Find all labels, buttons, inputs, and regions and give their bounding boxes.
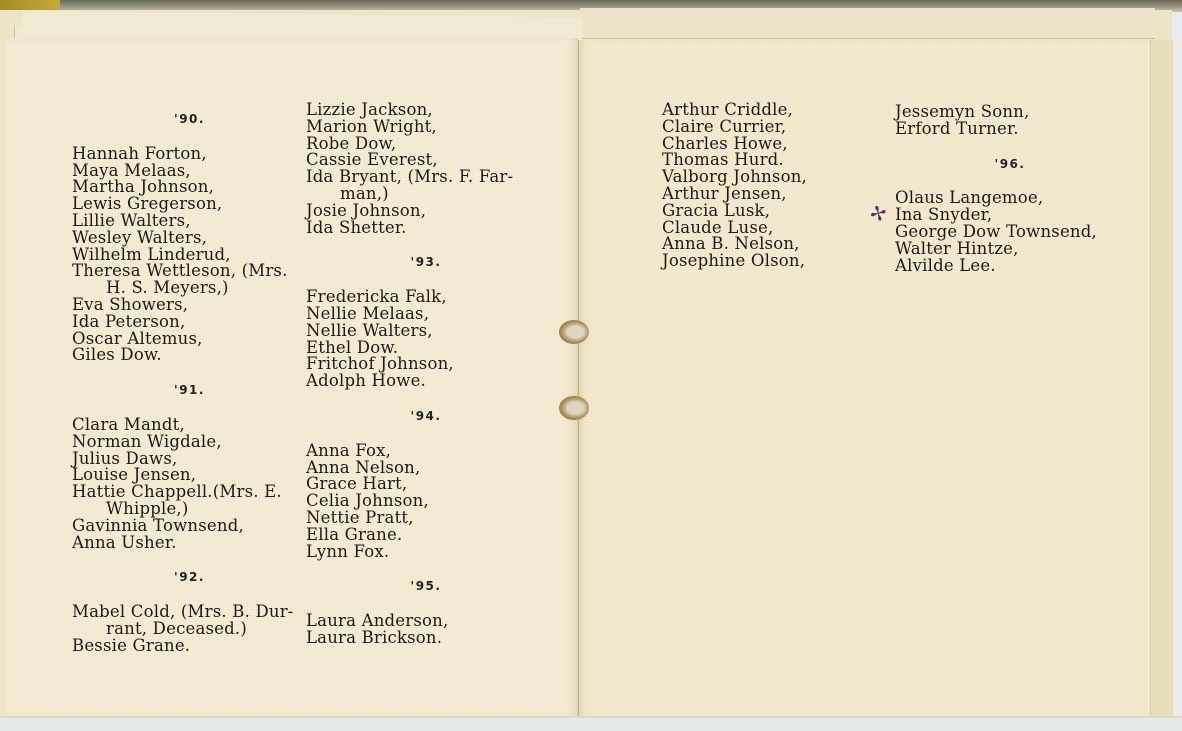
roster-name: Lynn Fox. [306, 544, 546, 561]
roster-name: Adolph Howe. [306, 373, 546, 390]
roster-name: Alvilde Lee. [895, 258, 1125, 275]
left-page-column-2: Lizzie Jackson,Marion Wright,Robe Dow,Ca… [306, 102, 546, 647]
class-year-heading: '94. [306, 408, 546, 425]
section-gap [72, 364, 307, 382]
class-year-heading: '91. [72, 382, 307, 399]
right-page-column-2: Jessemyn Sonn,Erford Turner.'96.Olaus La… [895, 104, 1125, 274]
roster-name: Theresa Wettleson, (Mrs.H. S. Meyers,) [72, 263, 307, 297]
class-year-heading: '92. [72, 569, 307, 586]
section-gap [72, 551, 307, 569]
roster-name-line: Ida Bryant, (Mrs. F. Far- [306, 167, 513, 186]
roster-name: Ida Shetter. [306, 220, 546, 237]
right-page-column-1: Arthur Criddle,Claire Currier,Charles Ho… [662, 102, 882, 270]
class-year-heading: '96. [895, 156, 1125, 173]
roster-name: Bessie Grane. [72, 638, 307, 655]
scanned-booklet: '90.Hannah Forton,Maya Melaas,Martha Joh… [0, 0, 1182, 731]
binding-stitch-hole-icon [559, 320, 589, 344]
class-year-heading: '95. [306, 578, 546, 595]
roster-name: Giles Dow. [72, 347, 307, 364]
roster-name: Hattie Chappell.(Mrs. E.Whipple,) [72, 484, 307, 518]
section-gap [306, 236, 546, 254]
class-year-heading: '90. [72, 111, 307, 128]
roster-name: Laura Brickson. [306, 630, 546, 647]
roster-name: Ida Bryant, (Mrs. F. Far-man,) [306, 169, 546, 203]
binding-stitch-hole-icon [559, 396, 589, 420]
roster-name: Mabel Cold, (Mrs. B. Dur-rant, Deceased.… [72, 604, 307, 638]
section-gap [306, 560, 546, 578]
class-year-heading: '93. [306, 254, 546, 271]
left-page-column-1: '90.Hannah Forton,Maya Melaas,Martha Joh… [72, 111, 307, 655]
right-cover-edge [1150, 40, 1173, 716]
roster-name: Anna Usher. [72, 535, 307, 552]
roster-name: Josephine Olson, [662, 253, 882, 270]
scanner-bottom-edge [0, 716, 1182, 731]
section-gap [895, 138, 1125, 156]
roster-name: Erford Turner. [895, 121, 1125, 138]
roster-name: Ella Grane. [306, 527, 546, 544]
roster-name: Gavinnia Townsend, [72, 518, 307, 535]
right-page-top-edge [580, 8, 1155, 39]
spine-fold [578, 40, 579, 716]
section-gap [306, 390, 546, 408]
